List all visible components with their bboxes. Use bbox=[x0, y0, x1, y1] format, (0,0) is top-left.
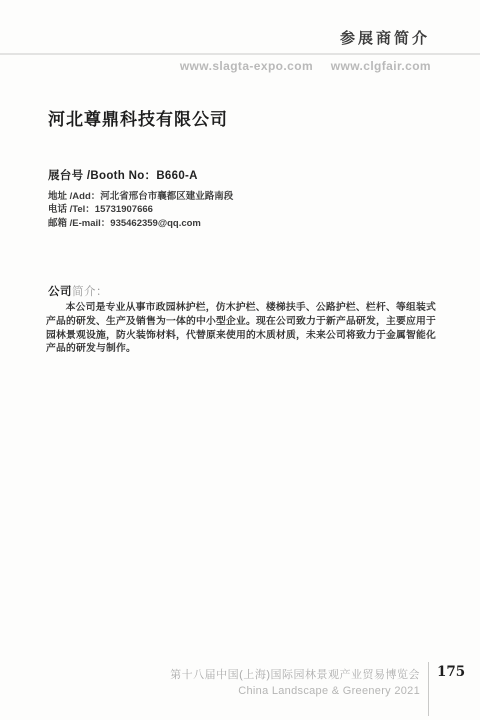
expo-url-primary: www.slagta-expo.com bbox=[180, 59, 313, 73]
booth-number: 展台号 /Booth No：B660-A bbox=[48, 167, 198, 183]
expo-title-cn: 第十八届中国(上海)国际园林景观产业贸易博览会 bbox=[170, 666, 420, 682]
header-divider bbox=[0, 53, 480, 55]
page-number: 175 bbox=[437, 664, 465, 680]
profile-description: 本公司是专业从事市政园林护栏，仿木护栏、楼梯扶手、公路护栏、栏杆、等组装式产品的… bbox=[46, 301, 436, 356]
profile-heading-light: 简介： bbox=[72, 286, 108, 298]
profile-heading-bold: 公司 bbox=[48, 286, 72, 298]
tel-line: 电话 /Tel：15731907666 bbox=[48, 203, 233, 216]
expo-title-en: China Landscape & Greenery 2021 bbox=[170, 685, 420, 697]
expo-url-secondary: www.clgfair.com bbox=[331, 59, 431, 73]
expo-urls: www.slagta-expo.com www.clgfair.com bbox=[180, 59, 431, 73]
section-title: 参展商简介 bbox=[340, 27, 430, 48]
catalog-page: 参展商简介 www.slagta-expo.com www.clgfair.co… bbox=[0, 0, 480, 720]
page-number-divider bbox=[428, 662, 429, 716]
profile-heading: 公司简介： bbox=[48, 283, 108, 299]
footer-expo-titles: 第十八届中国(上海)国际园林景观产业贸易博览会 China Landscape … bbox=[170, 666, 420, 697]
company-name: 河北尊鼎科技有限公司 bbox=[48, 105, 228, 130]
address-line: 地址 /Add：河北省邢台市襄都区建业路南段 bbox=[48, 190, 233, 203]
contact-info: 地址 /Add：河北省邢台市襄都区建业路南段 电话 /Tel：157319076… bbox=[48, 190, 233, 230]
email-line: 邮箱 /E-mail：935462359@qq.com bbox=[48, 217, 233, 230]
